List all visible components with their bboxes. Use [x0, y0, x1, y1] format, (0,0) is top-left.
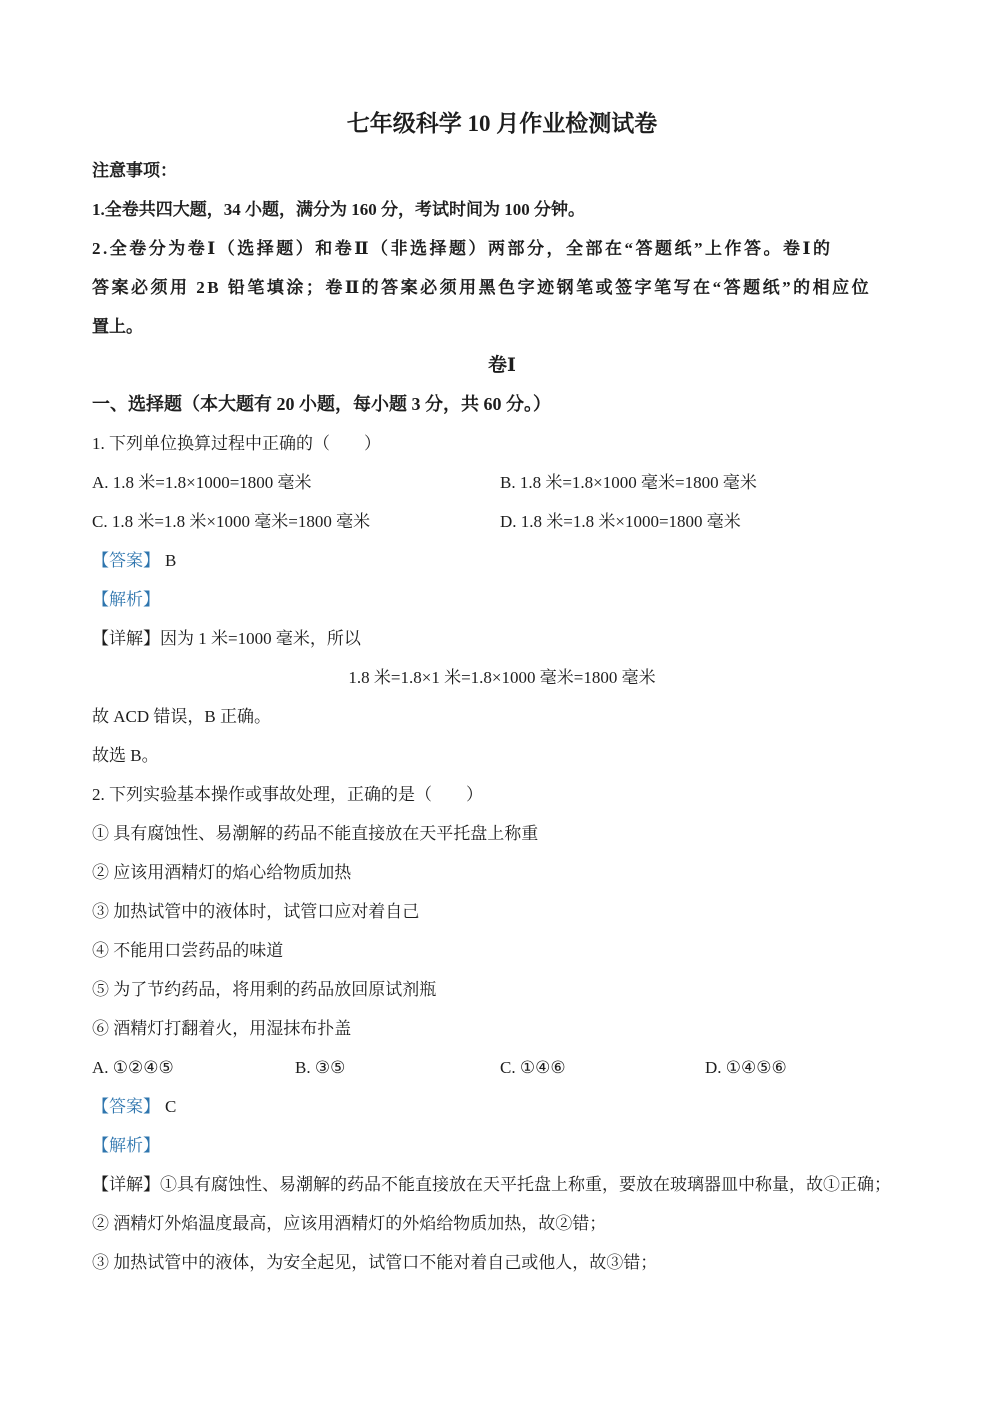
q2-item-6: ⑥ 酒精灯打翻着火，用湿抹布扑盖 [92, 1009, 912, 1048]
q2-stem: 2. 下列实验基本操作或事故处理，正确的是（ ） [92, 775, 912, 814]
q1-options-row-2: C. 1.8 米=1.8 米×1000 毫米=1800 毫米 D. 1.8 米=… [92, 502, 912, 541]
q1-detail-label: 【详解】 [92, 629, 160, 648]
q1-option-d: D. 1.8 米=1.8 米×1000=1800 毫米 [500, 502, 912, 541]
q1-conclusion-1: 故 ACD 错误，B 正确。 [92, 697, 912, 736]
q2-detail-line-1: 【详解】①具有腐蚀性、易潮解的药品不能直接放在天平托盘上称重，要放在玻璃器皿中称… [92, 1165, 912, 1204]
q2-item-3: ③ 加热试管中的液体时，试管口应对着自己 [92, 892, 912, 931]
notes-line-2b: 答案必须用 2B 铅笔填涂；卷Ⅱ的答案必须用黑色字迹钢笔或签字笔写在“答题纸”的… [92, 268, 912, 307]
q2-detail-text-1: ①具有腐蚀性、易潮解的药品不能直接放在天平托盘上称重，要放在玻璃器皿中称量，故①… [160, 1175, 891, 1194]
q1-answer-value: B [165, 551, 176, 570]
q2-option-c: C. ①④⑥ [500, 1048, 705, 1087]
q1-answer-label: 【答案】 [92, 551, 160, 570]
q2-analysis-line: 【解析】 [92, 1126, 912, 1165]
q2-answer-line: 【答案】C [92, 1087, 912, 1126]
q2-item-2: ② 应该用酒精灯的焰心给物质加热 [92, 853, 912, 892]
q1-conclusion-2: 故选 B。 [92, 736, 912, 775]
q1-analysis-label: 【解析】 [92, 590, 160, 609]
q2-option-b: B. ③⑤ [295, 1048, 500, 1087]
q2-analysis-label: 【解析】 [92, 1136, 160, 1155]
section1-heading: 一、选择题（本大题有 20 小题，每小题 3 分，共 60 分。） [92, 385, 912, 424]
q1-answer-line: 【答案】B [92, 541, 912, 580]
q1-option-b: B. 1.8 米=1.8×1000 毫米=1800 毫米 [500, 463, 912, 502]
q2-option-a: A. ①②④⑤ [92, 1048, 295, 1087]
q1-equation: 1.8 米=1.8×1 米=1.8×1000 毫米=1800 毫米 [92, 658, 912, 697]
exam-document-page: 七年级科学 10 月作业检测试卷 注意事项： 1.全卷共四大题，34 小题，满分… [0, 0, 1000, 1282]
q2-item-1: ① 具有腐蚀性、易潮解的药品不能直接放在天平托盘上称重 [92, 814, 912, 853]
q2-item-5: ⑤ 为了节约药品，将用剩的药品放回原试剂瓶 [92, 970, 912, 1009]
notes-line-2c: 置上。 [92, 307, 912, 346]
q2-detail-line-3: ③ 加热试管中的液体，为安全起见，试管口不能对着自己或他人，故③错； [92, 1243, 912, 1282]
q2-answer-label: 【答案】 [92, 1097, 160, 1116]
paper1-heading: 卷Ⅰ [92, 346, 912, 385]
notes-line-2a: 2.全卷分为卷Ⅰ（选择题）和卷Ⅱ（非选择题）两部分，全部在“答题纸”上作答。卷Ⅰ… [92, 229, 912, 268]
q2-detail-line-2: ② 酒精灯外焰温度最高，应该用酒精灯的外焰给物质加热，故②错； [92, 1204, 912, 1243]
q2-options-row: A. ①②④⑤ B. ③⑤ C. ①④⑥ D. ①④⑤⑥ [92, 1048, 912, 1087]
q1-analysis-line: 【解析】 [92, 580, 912, 619]
doc-title: 七年级科学 10 月作业检测试卷 [92, 103, 912, 145]
q1-detail-line: 【详解】因为 1 米=1000 毫米，所以 [92, 619, 912, 658]
q2-option-d: D. ①④⑤⑥ [705, 1048, 912, 1087]
q1-option-a: A. 1.8 米=1.8×1000=1800 毫米 [92, 463, 500, 502]
q1-stem: 1. 下列单位换算过程中正确的（ ） [92, 424, 912, 463]
q2-detail-label: 【详解】 [92, 1175, 160, 1194]
notes-line-1: 1.全卷共四大题，34 小题，满分为 160 分，考试时间为 100 分钟。 [92, 190, 912, 229]
notes-heading: 注意事项： [92, 151, 912, 190]
q1-options-row-1: A. 1.8 米=1.8×1000=1800 毫米 B. 1.8 米=1.8×1… [92, 463, 912, 502]
q1-detail-text: 因为 1 米=1000 毫米，所以 [160, 629, 361, 648]
q1-option-c: C. 1.8 米=1.8 米×1000 毫米=1800 毫米 [92, 502, 500, 541]
q2-item-4: ④ 不能用口尝药品的味道 [92, 931, 912, 970]
q2-answer-value: C [165, 1097, 176, 1116]
